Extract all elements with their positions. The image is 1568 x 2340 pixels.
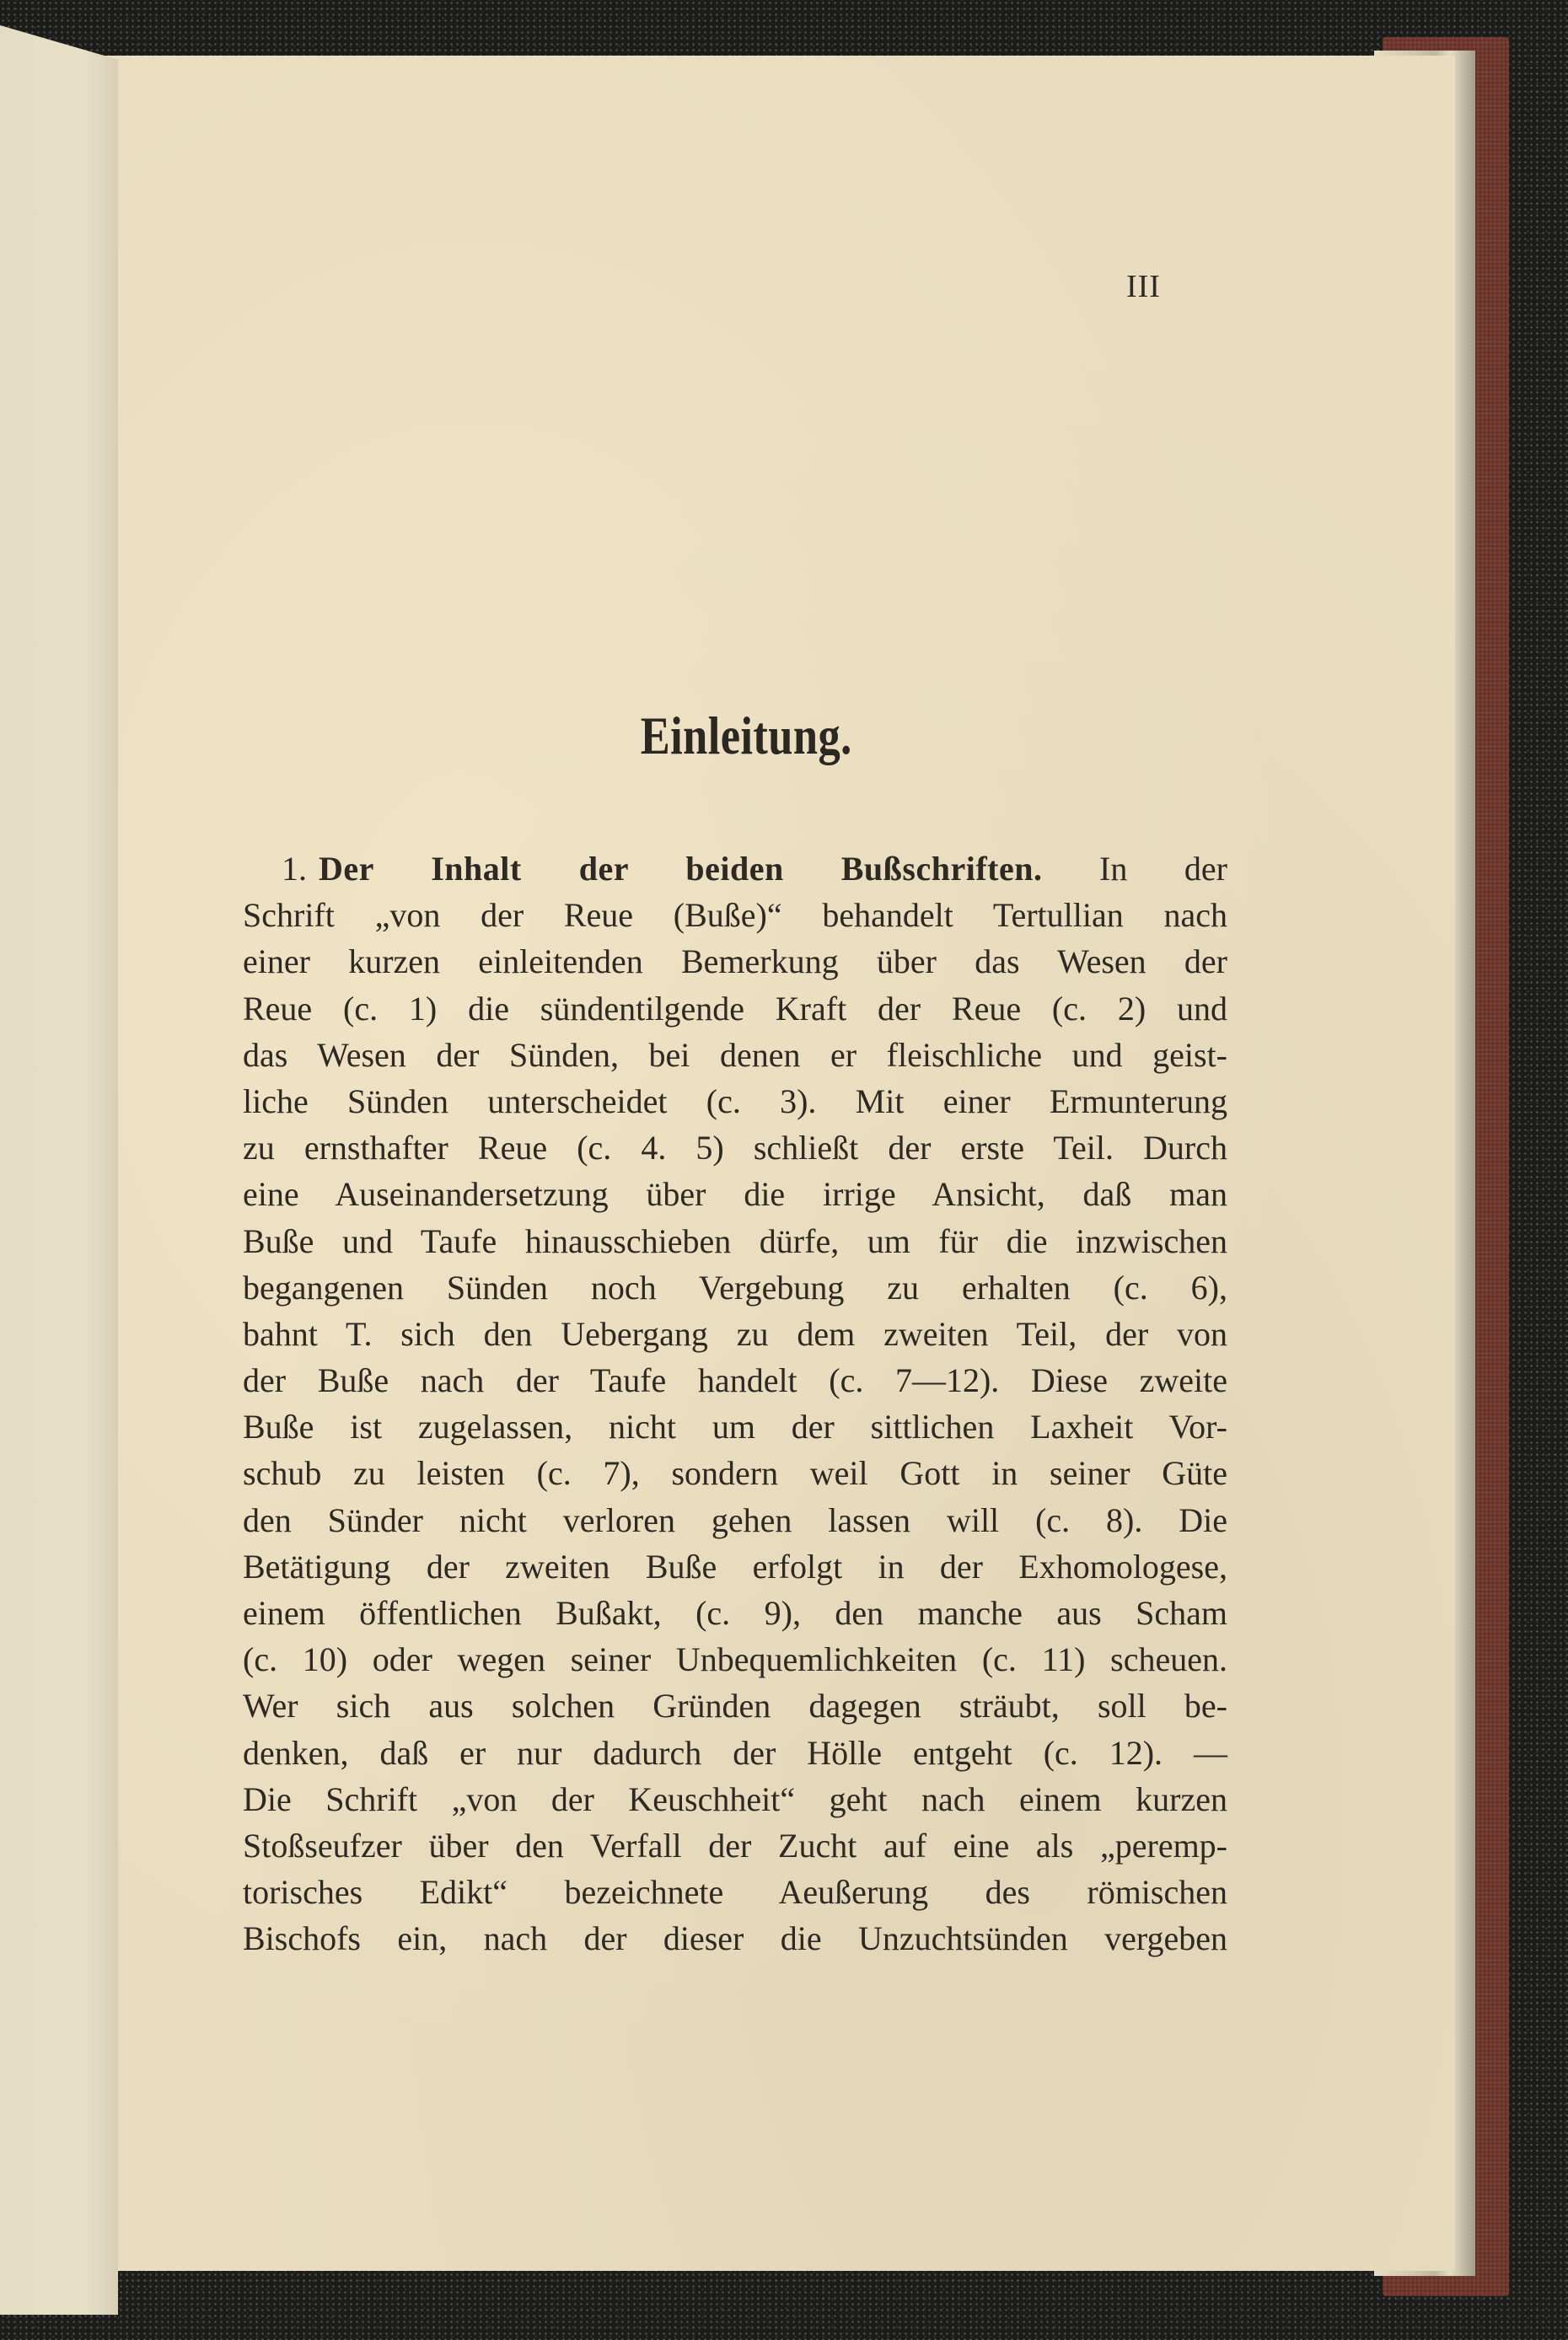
text-line: (c. 10) oder wegen seiner Unbequemlichke… [243,1636,1227,1683]
text-line: Buße und Taufe hinausschieben dürfe, um … [243,1218,1227,1264]
text-line: den Sünder nicht verloren gehen lassen w… [243,1497,1227,1543]
text-line: Betätigung der zweiten Buße erfolgt in d… [243,1543,1227,1590]
text-line: Wer sich aus solchen Gründen dagegen str… [243,1683,1227,1729]
text-line: einer kurzen einleitenden Bemerkung über… [243,938,1227,985]
text-line: Bischofs ein, nach der dieser die Unzuch… [243,1915,1227,1962]
section-heading-line: 1.Der Inhalt der beiden Bußschriften. In… [243,845,1227,892]
book-page: III Einleitung. 1.Der Inhalt der beiden … [56,56,1455,2271]
section-number: 1. [282,850,307,888]
section-line-rest: In der [1099,850,1227,888]
text-line: Stoßseufzer über den Verfall der Zucht a… [243,1822,1227,1869]
text-line: liche Sünden unterscheidet (c. 3). Mit e… [243,1078,1227,1124]
text-line: Die Schrift „von der Keuschheit“ geht na… [243,1776,1227,1822]
left-facing-leaf [0,25,118,2315]
text-line: Schrift „von der Reue (Buße)“ behandelt … [243,892,1227,938]
chapter-title: Einleitung. [173,705,1320,767]
section-title: Der Inhalt der beiden Bußschriften. [319,850,1043,888]
text-line: Reue (c. 1) die sündentilgende Kraft der… [243,985,1227,1032]
body-text: 1.Der Inhalt der beiden Bußschriften. In… [243,845,1227,1962]
text-line: schub zu leisten (c. 7), sondern weil Go… [243,1450,1227,1496]
page-number: III [1126,268,1161,305]
text-line: Buße ist zugelassen, nicht um der sittli… [243,1403,1227,1450]
text-line: der Buße nach der Taufe handelt (c. 7—12… [243,1357,1227,1403]
text-line: bahnt T. sich den Uebergang zu dem zweit… [243,1311,1227,1357]
text-line: denken, daß er nur dadurch der Hölle ent… [243,1730,1227,1776]
text-line: das Wesen der Sünden, bei denen er fleis… [243,1032,1227,1078]
text-line: zu ernsthafter Reue (c. 4. 5) schließt d… [243,1124,1227,1171]
text-line: einem öffentlichen Bußakt, (c. 9), den m… [243,1590,1227,1636]
text-line: torisches Edikt“ bezeichnete Aeußerung d… [243,1869,1227,1915]
text-line: begangenen Sünden noch Vergebung zu erha… [243,1264,1227,1311]
text-line: eine Auseinandersetzung über die irrige … [243,1171,1227,1217]
